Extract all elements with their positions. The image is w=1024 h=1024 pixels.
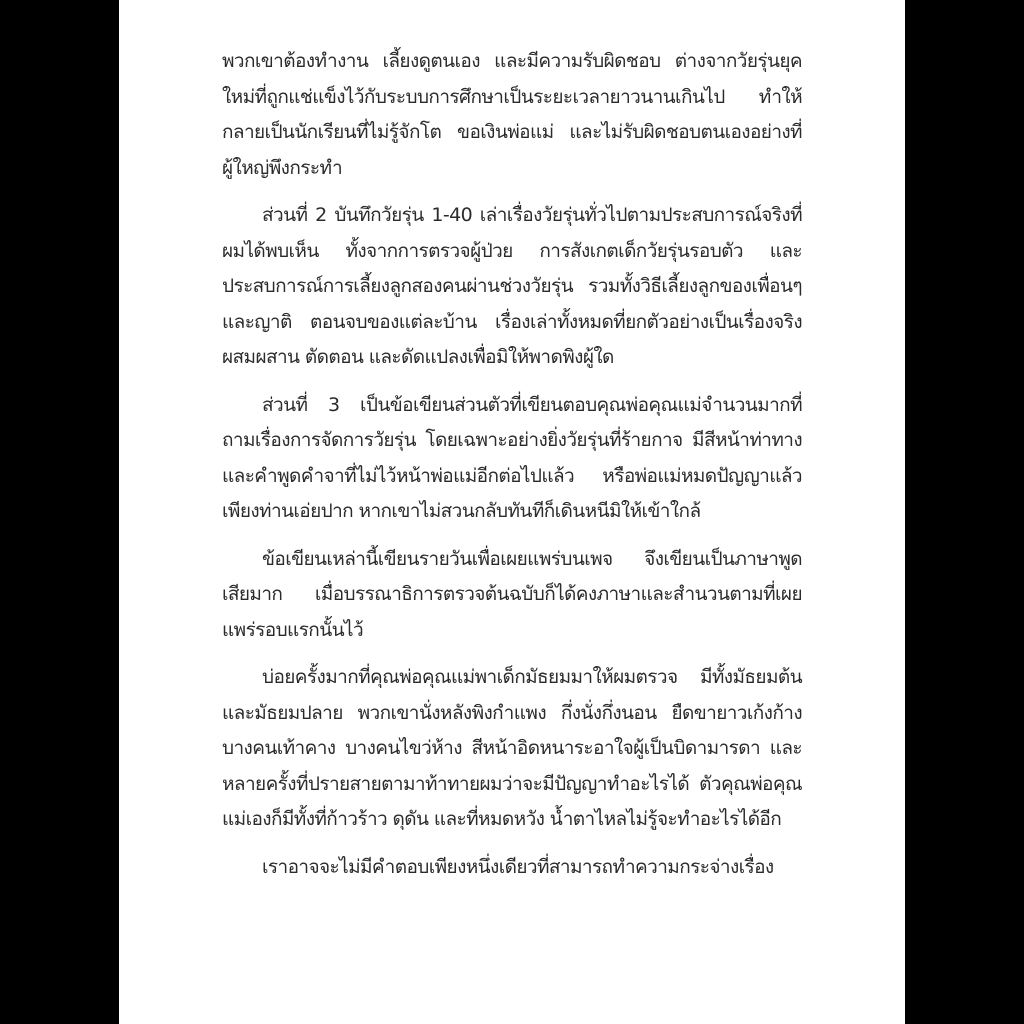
paragraph-closing: เราอาจจะไม่มีคำตอบเพียงหนึ่งเดียวที่สามา… (222, 850, 802, 886)
body-text: พวกเขาต้องทำงาน เลี้ยงดูตนเอง และมีความร… (222, 44, 802, 897)
document-page: พวกเขาต้องทำงาน เลี้ยงดูตนเอง และมีความร… (119, 0, 905, 1024)
paragraph-part-2: ส่วนที่ 2 บันทึกวัยรุ่น 1-40 เล่าเรื่องว… (222, 198, 802, 376)
paragraph-part-3: ส่วนที่ 3 เป็นข้อเขียนส่วนตัวที่เขียนตอบ… (222, 388, 802, 530)
paragraph-language-note: ข้อเขียนเหล่านี้เขียนรายวันเพื่อเผยแพร่บ… (222, 542, 802, 649)
paragraph-continuation: พวกเขาต้องทำงาน เลี้ยงดูตนเอง และมีความร… (222, 44, 802, 186)
paragraph-clinic-visits: บ่อยครั้งมากที่คุณพ่อคุณแม่พาเด็กมัธยมมา… (222, 660, 802, 838)
